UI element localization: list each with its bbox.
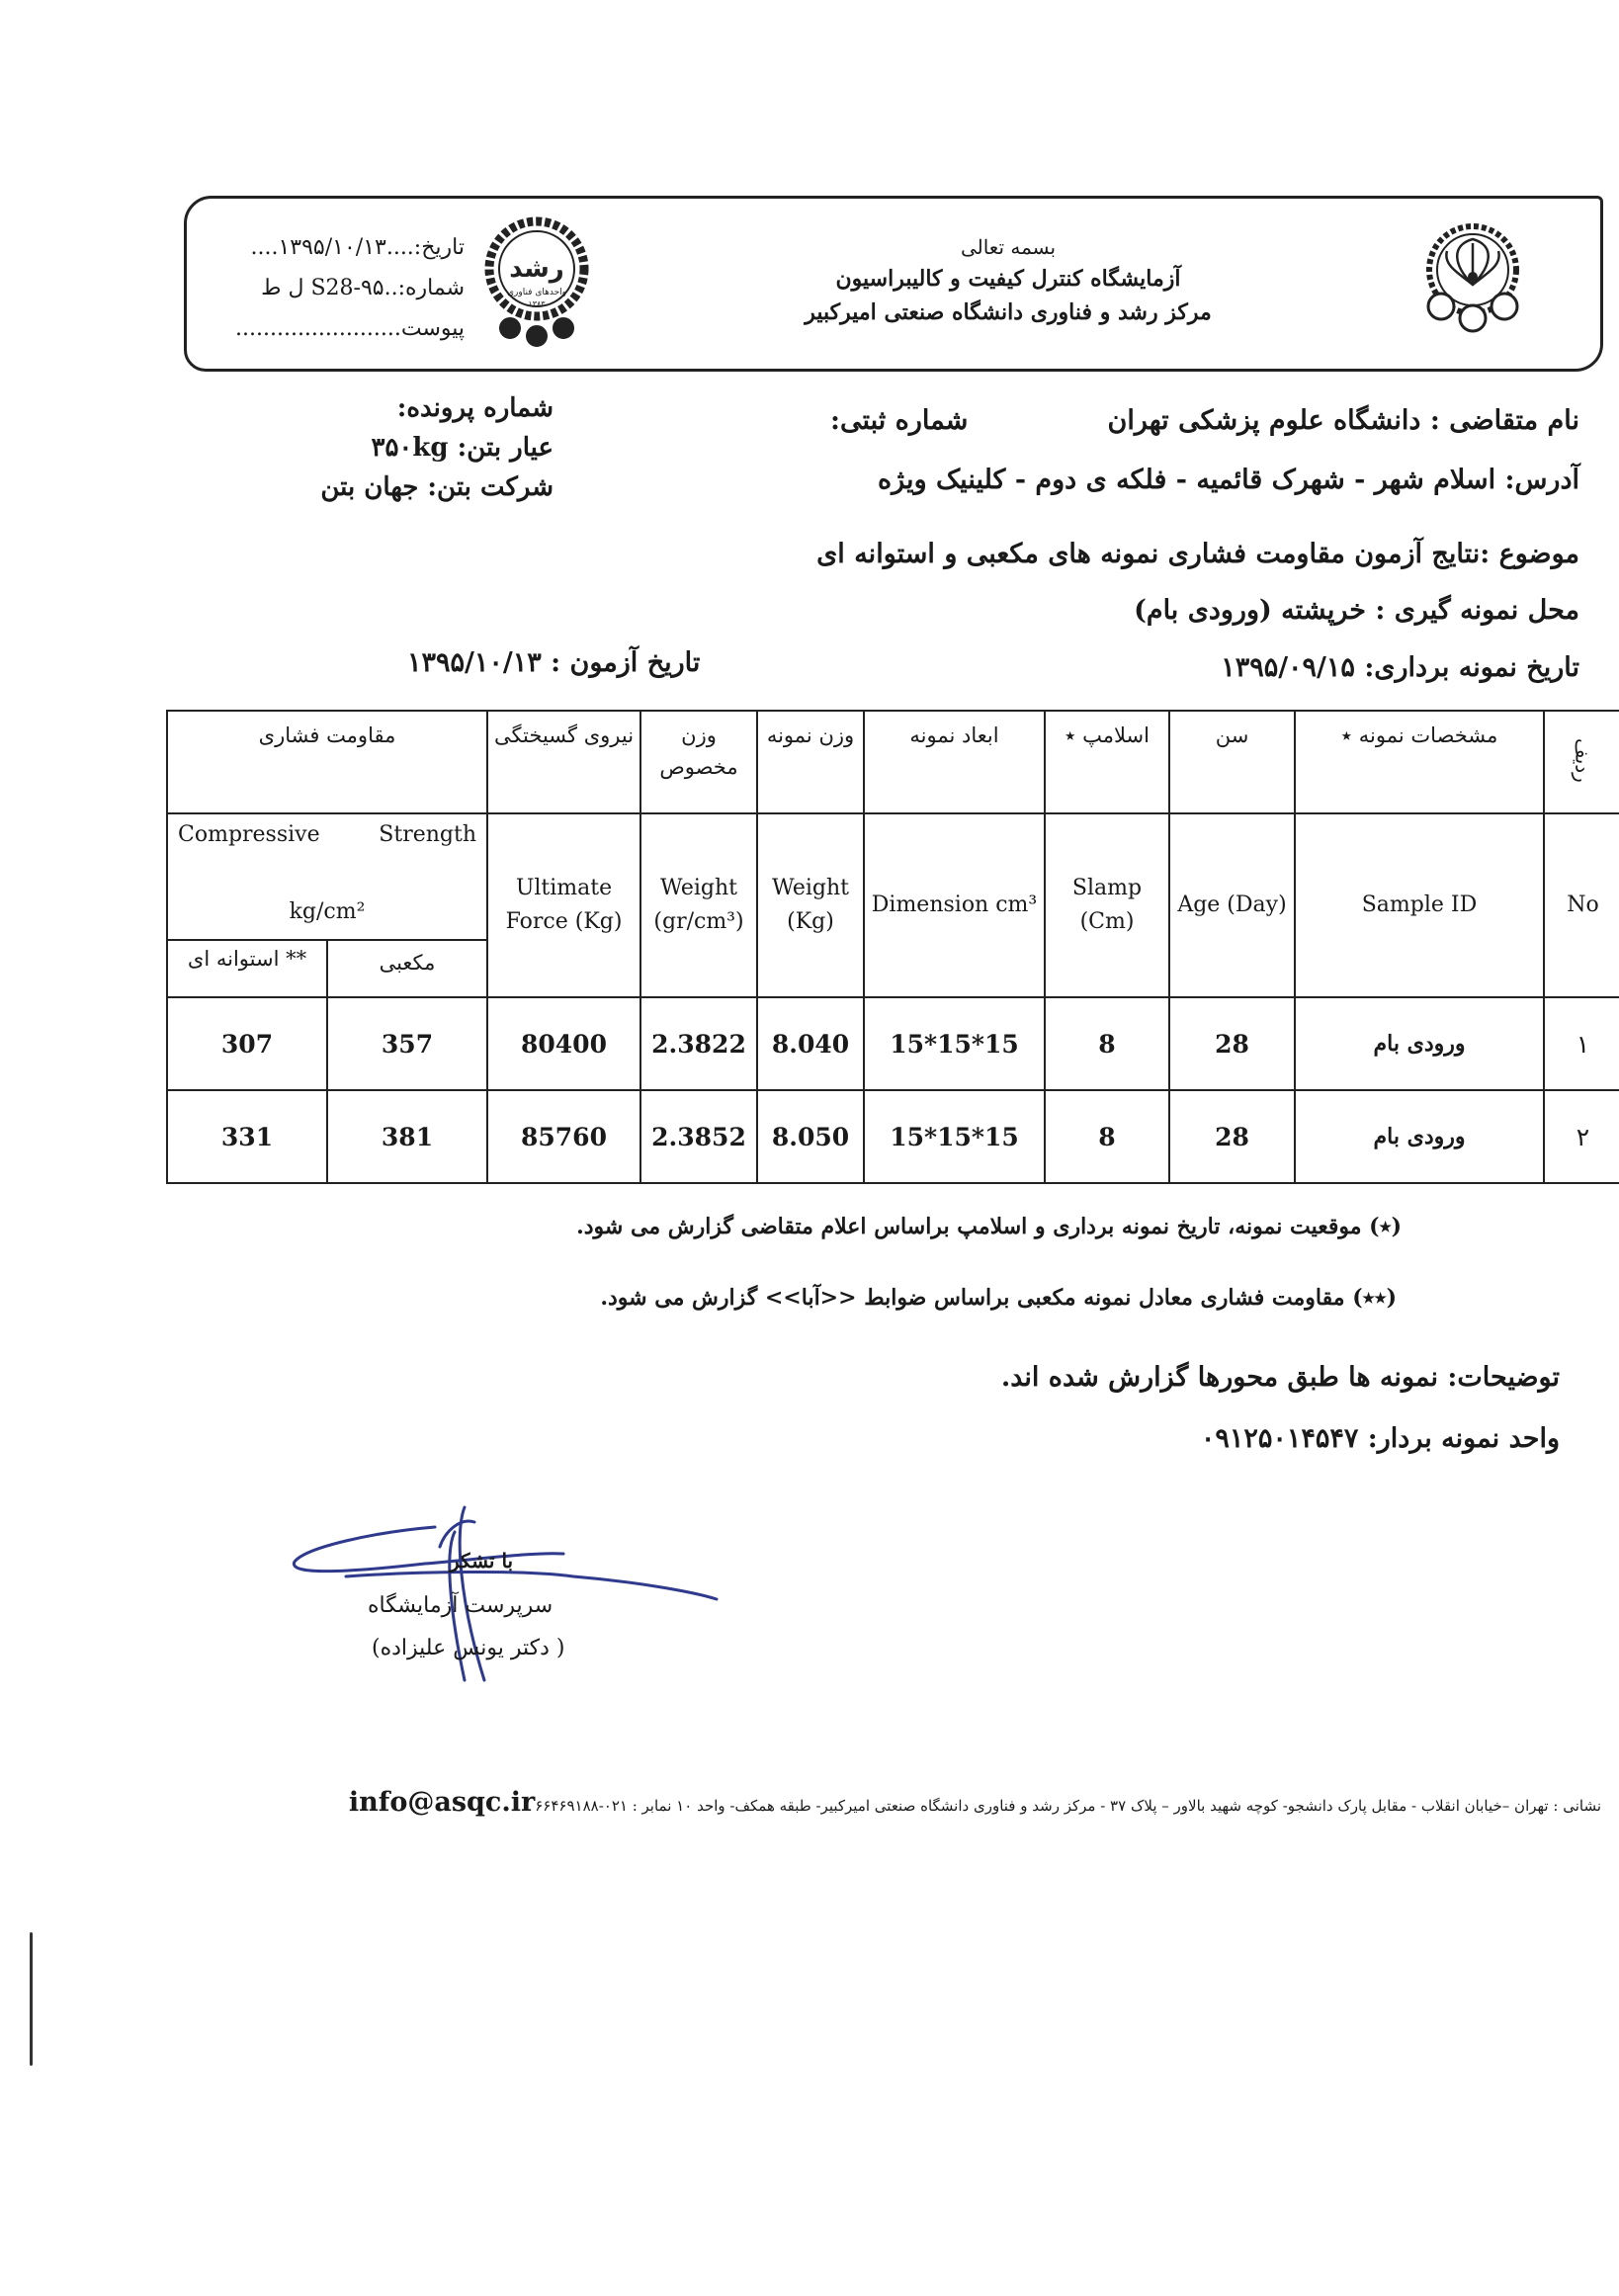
header-no-en: No bbox=[1544, 813, 1619, 997]
header-cubic: مکعبی bbox=[327, 940, 487, 997]
signatory-name: ( دکتر یونس علیزاده) bbox=[372, 1636, 564, 1660]
applicant-name: نام متقاضی : دانشگاه علوم پزشکی تهران bbox=[1107, 405, 1579, 436]
cell-dimension: 15*15*15 bbox=[864, 997, 1045, 1090]
header-no-fa: ردیف bbox=[1572, 738, 1595, 783]
header-row-en: Compressive Strength kg/cm² Ultimate For… bbox=[167, 813, 1619, 940]
cell-weight: 8.050 bbox=[757, 1090, 864, 1183]
header-age-fa: سن bbox=[1169, 711, 1295, 813]
file-info-block: شماره پرونده: عیار بتن: ۳۵۰kg شرکت بتن: … bbox=[297, 388, 554, 507]
results-table: مقاومت فشاری نیروی گسیختگی وزن مخصوص وزن… bbox=[166, 710, 1619, 1184]
test-date: تاریخ آزمون : ۱۳۹۵/۱۰/۱۳ bbox=[407, 647, 700, 678]
cell-age: 28 bbox=[1169, 997, 1295, 1090]
footer-address: نشانی : تهران –خیابان انقلاب - مقابل پار… bbox=[535, 1797, 1601, 1815]
letterhead-title-block: بسمه تعالی آزمایشگاه کنترل کیفیت و کالیب… bbox=[692, 232, 1324, 329]
cell-cylindrical: 307 bbox=[167, 997, 327, 1090]
scan-margin-mark bbox=[30, 1932, 33, 2066]
signature-thanks: با تشکر bbox=[450, 1549, 513, 1573]
header-strength-en: Compressive Strength kg/cm² bbox=[167, 813, 487, 940]
remarks: توضیحات: نمونه ها طبق محورها گزارش شده ا… bbox=[1001, 1362, 1560, 1393]
cell-dimension: 15*15*15 bbox=[864, 1090, 1045, 1183]
lab-name: آزمایشگاه کنترل کیفیت و کالیبراسیون bbox=[692, 262, 1324, 296]
letter-meta: تاریخ:....۱۳۹۵/۱۰/۱۳.... شماره:..S28-۹۵ … bbox=[237, 227, 465, 349]
sampler-unit: واحد نمونه بردار: ۰۹۱۲۵۰۱۴۵۴۷ bbox=[1201, 1423, 1560, 1454]
cell-sample-id: ورودی بام bbox=[1295, 1090, 1544, 1183]
header-cylindrical: ** استوانه ای bbox=[167, 940, 327, 997]
amirkabir-university-logo-icon bbox=[1413, 215, 1532, 334]
sampling-place: محل نمونه گیری : خرپشته (ورودی بام) bbox=[1134, 595, 1579, 626]
footnote-double-asterisk: (٭٭) مقاومت فشاری معادل نمونه مکعبی براس… bbox=[600, 1285, 1397, 1311]
header-density-en: Weight (gr/cm³) bbox=[640, 813, 757, 997]
registration-number: شماره ثبتی: bbox=[830, 405, 968, 436]
header-dimension-fa: ابعاد نمونه bbox=[864, 711, 1045, 813]
svg-text:واحدهای فناوری: واحدهای فناوری bbox=[507, 288, 566, 298]
letter-attachment: پیوست........................ bbox=[237, 308, 465, 349]
applicant-address: آدرس: اسلام شهر - شهرک قائمیه - فلکه ی د… bbox=[878, 465, 1579, 495]
sampling-date: تاریخ نمونه برداری: ۱۳۹۵/۰۹/۱۵ bbox=[1221, 652, 1579, 683]
cell-force: 80400 bbox=[487, 997, 640, 1090]
header-sample-id-en: Sample ID bbox=[1295, 813, 1544, 997]
table-row: 331 381 85760 2.3852 8.050 15*15*15 8 28… bbox=[167, 1090, 1619, 1183]
footnote-single-asterisk: (٭) موقعیت نمونه، تاریخ نمونه برداری و ا… bbox=[576, 1214, 1402, 1239]
header-weight-en: Weight (Kg) bbox=[757, 813, 864, 997]
header-force-en: Ultimate Force (Kg) bbox=[487, 813, 640, 997]
cell-cubic: 357 bbox=[327, 997, 487, 1090]
organization-name: مرکز رشد و فناوری دانشگاه صنعتی امیرکبیر bbox=[692, 296, 1324, 329]
header-dimension-en: Dimension cm³ bbox=[864, 813, 1045, 997]
cell-density: 2.3852 bbox=[640, 1090, 757, 1183]
cell-slump: 8 bbox=[1045, 997, 1169, 1090]
cell-cylindrical: 331 bbox=[167, 1090, 327, 1183]
letter-date: تاریخ:....۱۳۹۵/۱۰/۱۳.... bbox=[237, 227, 465, 268]
signature-scribble-icon bbox=[277, 1492, 731, 1690]
header-slump-fa: اسلامپ ٭ bbox=[1045, 711, 1169, 813]
concrete-company: شرکت بتن: جهان بتن bbox=[297, 468, 554, 507]
letter-number: شماره:..S28-۹۵ ل ط bbox=[237, 268, 465, 308]
header-age-en: Age (Day) bbox=[1169, 813, 1295, 997]
concrete-grade: عیار بتن: ۳۵۰kg bbox=[297, 428, 554, 468]
cell-weight: 8.040 bbox=[757, 997, 864, 1090]
header-slump-en: Slamp (Cm) bbox=[1045, 813, 1169, 997]
cell-force: 85760 bbox=[487, 1090, 640, 1183]
footer-email[interactable]: info@asqc.ir bbox=[349, 1787, 535, 1818]
footer: info@asqc.irنشانی : تهران –خیابان انقلاب… bbox=[316, 1787, 1601, 1818]
header-force-fa: نیروی گسیختگی bbox=[487, 711, 640, 813]
header-sample-id-fa: مشخصات نمونه ٭ bbox=[1295, 711, 1544, 813]
header-no-fa-cell: ردیف bbox=[1544, 711, 1619, 813]
invocation-text: بسمه تعالی bbox=[692, 232, 1324, 262]
strength-unit: kg/cm² bbox=[168, 895, 486, 929]
svg-text:رشد: رشد bbox=[509, 254, 564, 284]
cell-cubic: 381 bbox=[327, 1090, 487, 1183]
header-weight-fa: وزن نمونه bbox=[757, 711, 864, 813]
cell-slump: 8 bbox=[1045, 1090, 1169, 1183]
signatory-title: سرپرست آزمایشگاه bbox=[368, 1593, 553, 1618]
roshd-incubator-logo-icon: رشد واحدهای فناوری ۱۳۸۳ bbox=[463, 208, 611, 356]
cell-age: 28 bbox=[1169, 1090, 1295, 1183]
report-subject: موضوع :نتایج آزمون مقاومت فشاری نمونه ها… bbox=[816, 539, 1579, 569]
file-number: شماره پرونده: bbox=[297, 388, 554, 428]
cell-no: ۲ bbox=[1544, 1090, 1619, 1183]
table-row: 307 357 80400 2.3822 8.040 15*15*15 8 28… bbox=[167, 997, 1619, 1090]
header-density-fa: وزن مخصوص bbox=[640, 711, 757, 813]
header-strength-fa: مقاومت فشاری bbox=[167, 711, 487, 813]
svg-text:۱۳۸۳: ۱۳۸۳ bbox=[528, 299, 546, 308]
cell-sample-id: ورودی بام bbox=[1295, 997, 1544, 1090]
cell-density: 2.3822 bbox=[640, 997, 757, 1090]
header-row-fa: مقاومت فشاری نیروی گسیختگی وزن مخصوص وزن… bbox=[167, 711, 1619, 813]
cell-no: ۱ bbox=[1544, 997, 1619, 1090]
